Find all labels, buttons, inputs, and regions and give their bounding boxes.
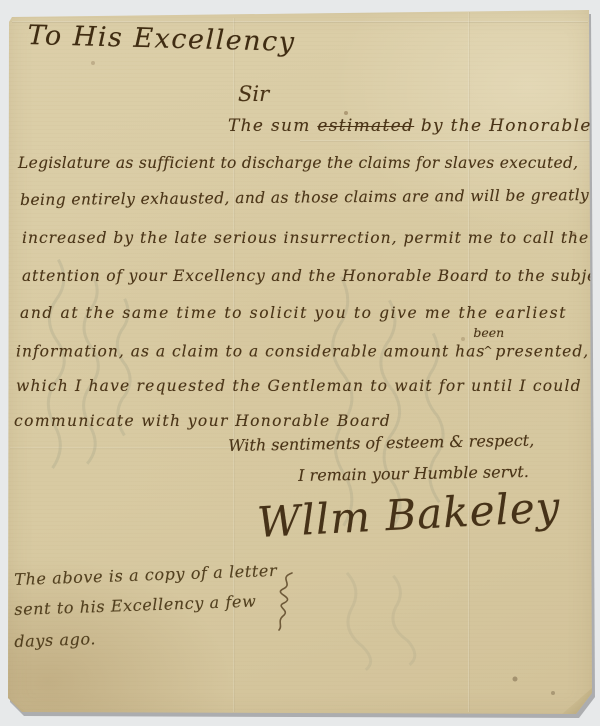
fold-crease-horizontal-mid [300, 140, 590, 142]
body-line-9: communicate with your Honorable Board [14, 412, 391, 430]
body-line-3: being entirely exhausted, and as those c… [20, 186, 589, 209]
postscript-line-2: sent to his Excellency a few [14, 592, 257, 619]
postscript-line-3: days ago. [14, 629, 96, 651]
body-line-6: and at the same time to solicit you to g… [20, 304, 567, 322]
struck-word-estimated: estimated [317, 116, 414, 136]
caret-mark: ^ [483, 344, 493, 357]
signature: Wllm Bakeley [256, 482, 562, 547]
body-line-8: which I have requested the Gentleman to … [16, 377, 582, 395]
scanned-letter-view: To His Excellency Sir The sum estimated … [0, 0, 600, 726]
paraph-flourish [270, 570, 300, 632]
body-line-7: information, as a claim to a considerabl… [16, 341, 589, 361]
postscript-line-1: The above is a copy of a letter [14, 561, 277, 589]
body-line-1: The sum estimated by the Honorable [228, 116, 592, 136]
salutation: Sir [238, 82, 269, 106]
letter-paper: To His Excellency Sir The sum estimated … [0, 0, 600, 726]
closing-line-1: With sentiments of esteem & respect, [228, 431, 534, 455]
body-line-2: Legislature as sufficient to discharge t… [18, 154, 578, 172]
bottom-left-corner-shade [6, 694, 28, 714]
body-line-4: increased by the late serious insurrecti… [22, 229, 589, 247]
body-line-5: attention of your Excellency and the Hon… [22, 267, 600, 285]
addressee-line: To His Excellency [27, 20, 296, 58]
body-line-7-pre: information, as a claim to a considerabl… [16, 343, 485, 361]
ink-specks [0, 0, 2, 2]
insertion-point: been^ [485, 341, 495, 357]
body-line-1-pre: The sum [228, 116, 317, 136]
inserted-word-been: been [473, 325, 504, 340]
body-line-1-post: by the Honorable [414, 116, 592, 136]
bleedthrough-marks-left [13, 249, 156, 490]
closing-line-2: I remain your Humble servt. [298, 462, 529, 485]
bleedthrough-marks-bottom [326, 556, 453, 674]
body-line-7-post: presented, [495, 343, 589, 361]
